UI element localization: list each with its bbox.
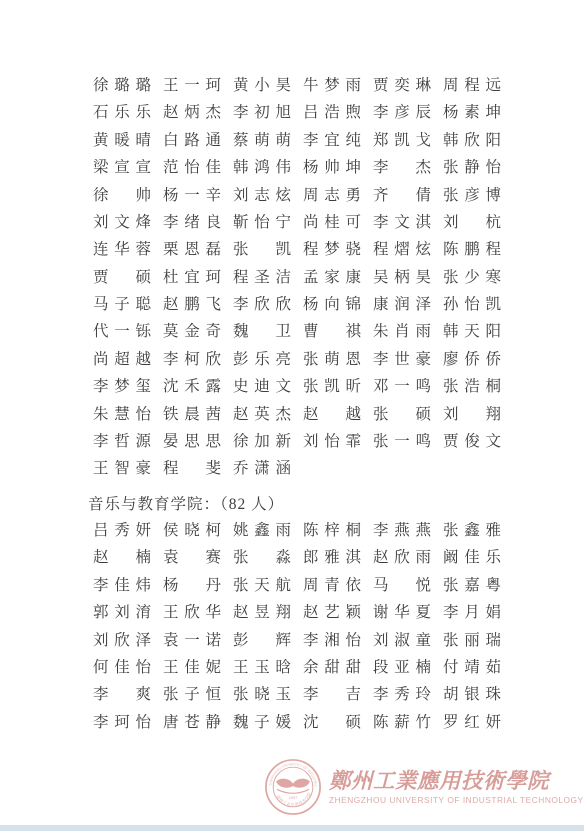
name-row: 郭刘淯王欣华赵昱翔赵艺颖谢华夏李月娟 bbox=[93, 599, 501, 626]
open-book-icon bbox=[276, 779, 310, 788]
student-name: 王佳妮 bbox=[163, 660, 221, 676]
student-name: 陈鹏程 bbox=[443, 242, 501, 258]
student-name: 孙怡凯 bbox=[443, 297, 501, 313]
student-name: 魏卫 bbox=[233, 324, 291, 340]
student-name: 李佳炜 bbox=[93, 578, 151, 594]
student-name: 乔潇涵 bbox=[233, 461, 291, 477]
student-name: 李梦玺 bbox=[93, 379, 151, 395]
student-name: 郭刘淯 bbox=[93, 605, 151, 621]
student-name: 周青依 bbox=[303, 578, 361, 594]
student-name: 齐倩 bbox=[373, 188, 431, 204]
name-row: 李珂怡唐苍静魏子媛沈硕陈薪竹罗红妍 bbox=[93, 709, 501, 736]
student-name: 韩天阳 bbox=[443, 324, 501, 340]
student-name: 张淼 bbox=[233, 550, 291, 566]
student-name: 李秀玲 bbox=[373, 687, 431, 703]
section-header-music-education-college: 音乐与教育学院：（82 人） bbox=[88, 492, 284, 514]
student-name: 阚佳乐 bbox=[443, 550, 501, 566]
student-name: 李爽 bbox=[93, 687, 151, 703]
student-name: 张鑫雅 bbox=[443, 523, 501, 539]
student-name: 李燕燕 bbox=[373, 523, 431, 539]
student-name: 彭辉 bbox=[233, 633, 291, 649]
student-name: 李文淇 bbox=[373, 215, 431, 231]
student-name: 蔡萌萌 bbox=[233, 133, 291, 149]
university-name-cn: 鄭州工業應用技術學院 bbox=[329, 769, 584, 794]
student-name: 张硕 bbox=[373, 407, 431, 423]
student-name: 赵越 bbox=[303, 407, 361, 423]
student-name: 程圣洁 bbox=[233, 270, 291, 286]
page-bottom-edge-strip bbox=[0, 825, 584, 831]
name-row: 徐璐璐王一珂黄小昊牛梦雨贾奕琳周程远 bbox=[93, 72, 501, 99]
student-name: 张凯昕 bbox=[303, 379, 361, 395]
student-name: 李月娟 bbox=[443, 605, 501, 621]
name-row: 李哲源晏思思徐加新刘怡霏张一鸣贾俊文 bbox=[93, 428, 501, 455]
student-name: 贾奕琳 bbox=[373, 78, 431, 94]
student-name: 李哲源 bbox=[93, 434, 151, 450]
student-name: 魏子媛 bbox=[233, 715, 291, 731]
student-name: 程梦骁 bbox=[303, 242, 361, 258]
student-name: 王智豪 bbox=[93, 461, 151, 477]
name-row: 赵楠袁赛张淼郎雅淇赵欣雨阚佳乐 bbox=[93, 544, 501, 571]
student-name: 张萌恩 bbox=[303, 352, 361, 368]
name-row: 梁宣宣范怡佳韩鸿伟杨帅坤李杰张静怡 bbox=[93, 154, 501, 181]
student-name: 胡银珠 bbox=[443, 687, 501, 703]
student-name: 吕浩煦 bbox=[303, 105, 361, 121]
student-name: 李湘怡 bbox=[303, 633, 361, 649]
student-name: 石乐乐 bbox=[93, 105, 151, 121]
student-name: 赵艺颖 bbox=[303, 605, 361, 621]
student-name: 马悦 bbox=[373, 578, 431, 594]
student-name: 徐璐璐 bbox=[93, 78, 151, 94]
student-name: 罗红妍 bbox=[443, 715, 501, 731]
document-page: 徐璐璐王一珂黄小昊牛梦雨贾奕琳周程远石乐乐赵炳杰李初旭吕浩煦李彦辰杨素坤黄暖晴白… bbox=[0, 0, 584, 831]
student-name: 黄暖晴 bbox=[93, 133, 151, 149]
student-name: 刘文烽 bbox=[93, 215, 151, 231]
student-name: 尚超越 bbox=[93, 352, 151, 368]
student-name: 牛梦雨 bbox=[303, 78, 361, 94]
university-logo: ZHENGZHOU UNIVERSITY OF INDUSTRIAL TECHN… bbox=[264, 758, 584, 816]
university-seal-icon: ZHENGZHOU UNIVERSITY OF INDUSTRIAL TECHN… bbox=[264, 758, 322, 816]
student-name: 余甜甜 bbox=[303, 660, 361, 676]
name-row: 吕秀妍侯晓柯姚鑫雨陈梓桐李燕燕张鑫雅 bbox=[93, 517, 501, 544]
student-name: 赵欣雨 bbox=[373, 550, 431, 566]
name-row: 代一铄莫金奇魏卫曹祺朱肖雨韩天阳 bbox=[93, 319, 501, 346]
name-row: 贾硕杜宜珂程圣洁孟家康吴柄昊张少寒 bbox=[93, 264, 501, 291]
name-row: 马子聪赵鹏飞李欣欣杨向锦康润泽孙怡凯 bbox=[93, 291, 501, 318]
student-name: 郎雅淇 bbox=[303, 550, 361, 566]
student-name: 王欣华 bbox=[163, 605, 221, 621]
name-row: 李爽张子恒张晓玉李吉李秀玲胡银珠 bbox=[93, 681, 501, 708]
name-row: 刘文烽李绪良靳怡宁尚桂可李文淇刘杭 bbox=[93, 209, 501, 236]
student-name: 晏思思 bbox=[163, 434, 221, 450]
student-name: 唐苍静 bbox=[163, 715, 221, 731]
student-name: 王玉晗 bbox=[233, 660, 291, 676]
student-name: 李彦辰 bbox=[373, 105, 431, 121]
student-name: 徐帅 bbox=[93, 188, 151, 204]
student-name: 史迪文 bbox=[233, 379, 291, 395]
student-name: 李珂怡 bbox=[93, 715, 151, 731]
student-name: 侯晓柯 bbox=[163, 523, 221, 539]
student-name: 贾俊文 bbox=[443, 434, 501, 450]
student-name: 陈梓桐 bbox=[303, 523, 361, 539]
student-name: 李吉 bbox=[303, 687, 361, 703]
name-row: 何佳怡王佳妮王玉晗余甜甜段亚楠付靖茹 bbox=[93, 654, 501, 681]
student-name: 孟家康 bbox=[303, 270, 361, 286]
student-name: 韩鸿伟 bbox=[233, 160, 291, 176]
university-name-en: ZHENGZHOU UNIVERSITY OF INDUSTRIAL TECHN… bbox=[329, 795, 584, 805]
student-name: 白路通 bbox=[163, 133, 221, 149]
student-name: 李柯欣 bbox=[163, 352, 221, 368]
student-name: 尚桂可 bbox=[303, 215, 361, 231]
student-name: 付靖茹 bbox=[443, 660, 501, 676]
student-name: 张子恒 bbox=[163, 687, 221, 703]
student-name: 莫金奇 bbox=[163, 324, 221, 340]
student-name: 连华蓉 bbox=[93, 242, 151, 258]
student-name: 杜宜珂 bbox=[163, 270, 221, 286]
student-name: 范怡佳 bbox=[163, 160, 221, 176]
name-row: 黄暖晴白路通蔡萌萌李宜纯郑凯戈韩欣阳 bbox=[93, 127, 501, 154]
student-name: 黄小昊 bbox=[233, 78, 291, 94]
student-name: 张凯 bbox=[233, 242, 291, 258]
student-name: 陈薪竹 bbox=[373, 715, 431, 731]
student-name: 张静怡 bbox=[443, 160, 501, 176]
student-name: 徐加新 bbox=[233, 434, 291, 450]
student-name: 王一珂 bbox=[163, 78, 221, 94]
student-name: 李欣欣 bbox=[233, 297, 291, 313]
student-name: 张少寒 bbox=[443, 270, 501, 286]
student-name: 赵昱翔 bbox=[233, 605, 291, 621]
student-name: 张浩桐 bbox=[443, 379, 501, 395]
student-name: 袁赛 bbox=[163, 550, 221, 566]
student-name: 朱慧怡 bbox=[93, 407, 151, 423]
student-name: 李初旭 bbox=[233, 105, 291, 121]
student-name: 姚鑫雨 bbox=[233, 523, 291, 539]
student-name: 朱肖雨 bbox=[373, 324, 431, 340]
student-name: 张丽瑞 bbox=[443, 633, 501, 649]
student-name: 赵鹏飞 bbox=[163, 297, 221, 313]
name-list-section-2: 吕秀妍侯晓柯姚鑫雨陈梓桐李燕燕张鑫雅赵楠袁赛张淼郎雅淇赵欣雨阚佳乐李佳炜杨丹张天… bbox=[93, 517, 501, 736]
student-name: 张一鸣 bbox=[373, 434, 431, 450]
student-name: 刘志炫 bbox=[233, 188, 291, 204]
seal-year-text: 1997 bbox=[289, 796, 298, 800]
student-name: 康润泽 bbox=[373, 297, 431, 313]
student-name: 刘翔 bbox=[443, 407, 501, 423]
student-name: 邓一鸣 bbox=[373, 379, 431, 395]
student-name: 贾硕 bbox=[93, 270, 151, 286]
student-name: 代一铄 bbox=[93, 324, 151, 340]
name-row: 李佳炜杨丹张天航周青依马悦张嘉粤 bbox=[93, 572, 501, 599]
student-name: 李世豪 bbox=[373, 352, 431, 368]
name-row: 尚超越李柯欣彭乐亮张萌恩李世豪廖侨侨 bbox=[93, 346, 501, 373]
student-name: 靳怡宁 bbox=[233, 215, 291, 231]
student-name: 郑凯戈 bbox=[373, 133, 431, 149]
student-name: 杨帅坤 bbox=[303, 160, 361, 176]
student-name: 赵炳杰 bbox=[163, 105, 221, 121]
student-name: 铁晨茜 bbox=[163, 407, 221, 423]
student-name: 张嘉粤 bbox=[443, 578, 501, 594]
student-name: 廖侨侨 bbox=[443, 352, 501, 368]
student-name: 杨素坤 bbox=[443, 105, 501, 121]
student-name: 程熠炫 bbox=[373, 242, 431, 258]
name-row: 刘欣泽袁一诺彭辉李湘怡刘淑童张丽瑞 bbox=[93, 627, 501, 654]
student-name: 吕秀妍 bbox=[93, 523, 151, 539]
student-name: 何佳怡 bbox=[93, 660, 151, 676]
student-name: 马子聪 bbox=[93, 297, 151, 313]
student-name: 周程远 bbox=[443, 78, 501, 94]
student-name: 刘淑童 bbox=[373, 633, 431, 649]
logo-text-block: 鄭州工業應用技術學院 ZHENGZHOU UNIVERSITY OF INDUS… bbox=[329, 769, 584, 806]
student-name: 袁一诺 bbox=[163, 633, 221, 649]
name-row: 朱慧怡铁晨茜赵英杰赵越张硕刘翔 bbox=[93, 401, 501, 428]
student-name: 李杰 bbox=[373, 160, 431, 176]
student-name: 梁宣宣 bbox=[93, 160, 151, 176]
name-row: 李梦玺沈禾露史迪文张凯昕邓一鸣张浩桐 bbox=[93, 373, 501, 400]
name-row: 石乐乐赵炳杰李初旭吕浩煦李彦辰杨素坤 bbox=[93, 99, 501, 126]
student-name: 杨向锦 bbox=[303, 297, 361, 313]
name-row: 王智豪程斐乔潇涵 bbox=[93, 455, 501, 482]
student-name: 杨丹 bbox=[163, 578, 221, 594]
student-name: 沈硕 bbox=[303, 715, 361, 731]
student-name: 刘怡霏 bbox=[303, 434, 361, 450]
student-name: 段亚楠 bbox=[373, 660, 431, 676]
student-name: 杨一辛 bbox=[163, 188, 221, 204]
student-name: 赵英杰 bbox=[233, 407, 291, 423]
student-name: 刘杭 bbox=[443, 215, 501, 231]
student-name: 周志勇 bbox=[303, 188, 361, 204]
name-list-section-1: 徐璐璐王一珂黄小昊牛梦雨贾奕琳周程远石乐乐赵炳杰李初旭吕浩煦李彦辰杨素坤黄暖晴白… bbox=[93, 72, 501, 483]
student-name: 栗恩磊 bbox=[163, 242, 221, 258]
name-row: 连华蓉栗恩磊张凯程梦骁程熠炫陈鹏程 bbox=[93, 236, 501, 263]
student-name: 谢华夏 bbox=[373, 605, 431, 621]
student-name: 程斐 bbox=[163, 461, 221, 477]
name-row: 徐帅杨一辛刘志炫周志勇齐倩张彦博 bbox=[93, 182, 501, 209]
student-name: 吴柄昊 bbox=[373, 270, 431, 286]
student-name: 韩欣阳 bbox=[443, 133, 501, 149]
student-name: 张彦博 bbox=[443, 188, 501, 204]
student-name: 彭乐亮 bbox=[233, 352, 291, 368]
student-name: 李绪良 bbox=[163, 215, 221, 231]
student-name: 刘欣泽 bbox=[93, 633, 151, 649]
student-name: 赵楠 bbox=[93, 550, 151, 566]
student-name: 李宜纯 bbox=[303, 133, 361, 149]
student-name: 张晓玉 bbox=[233, 687, 291, 703]
student-name: 沈禾露 bbox=[163, 379, 221, 395]
student-name: 张天航 bbox=[233, 578, 291, 594]
student-name: 曹祺 bbox=[303, 324, 361, 340]
